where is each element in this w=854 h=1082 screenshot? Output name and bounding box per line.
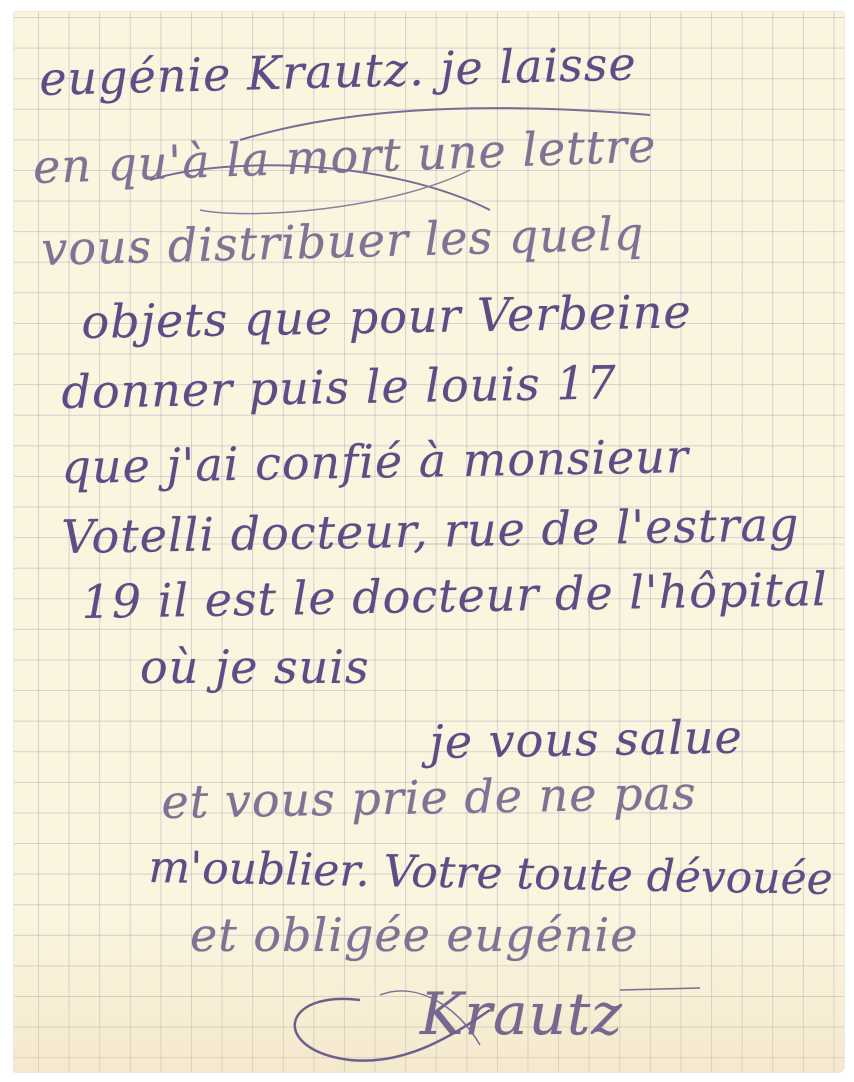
closing-line-4: et obligée eugénie [190, 908, 639, 962]
letter-line-9: où je suis [140, 640, 370, 694]
closing-line-1: je vous salue [429, 710, 743, 769]
closing-line-2: et vous prie de ne pas [161, 766, 697, 829]
signature: Krautz [420, 980, 623, 1048]
letter-line-6: que j'ai confié à monsieur [61, 429, 689, 494]
letter-line-4: objets que pour Verbeine [81, 284, 692, 349]
letter-line-5: donner puis le louis 17 [61, 355, 617, 419]
